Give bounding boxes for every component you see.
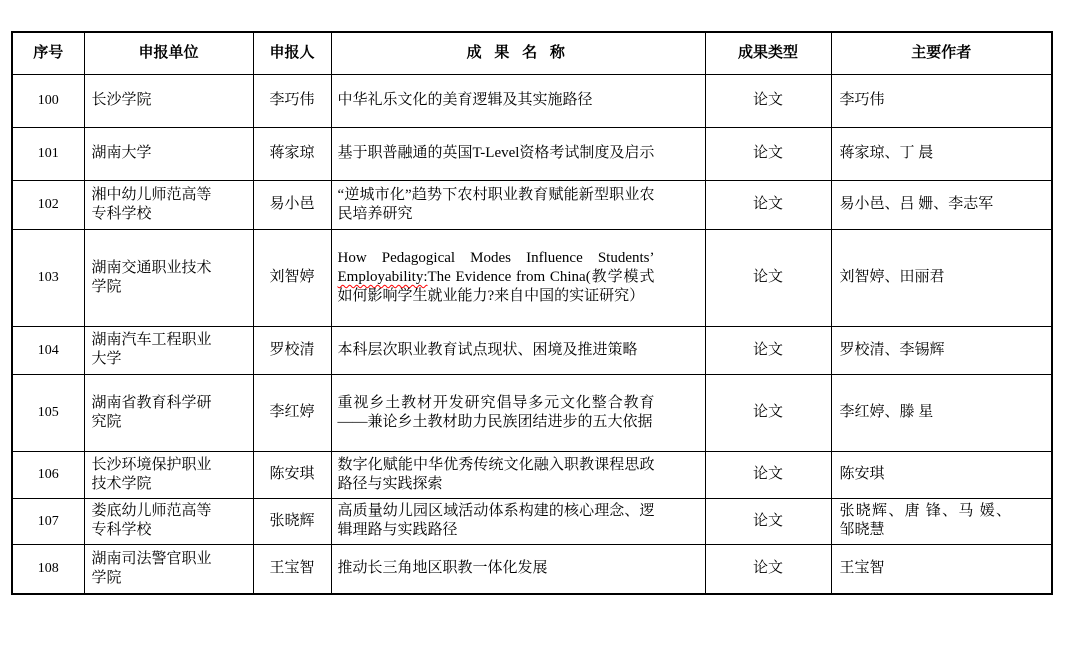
cell-name: 推动长三角地区职教一体化发展 <box>331 544 705 594</box>
cell-applicant: 陈安琪 <box>253 451 331 498</box>
cell-name: 数字化赋能中华优秀传统文化融入职教课程思政路径与实践探索 <box>331 451 705 498</box>
cell-no: 106 <box>12 451 84 498</box>
header-row: 序号 申报单位 申报人 成 果 名 称 成果类型 主要作者 <box>12 32 1052 74</box>
cell-authors: 李巧伟 <box>831 74 1052 127</box>
cell-no: 100 <box>12 74 84 127</box>
cell-name: 基于职普融通的英国T-Level资格考试制度及启示 <box>331 127 705 180</box>
table-row: 108湖南司法警官职业学院王宝智推动长三角地区职教一体化发展论文王宝智 <box>12 544 1052 594</box>
cell-unit: 湖南交通职业技术学院 <box>84 229 253 326</box>
column-header-type: 成果类型 <box>705 32 831 74</box>
cell-no: 105 <box>12 374 84 451</box>
cell-no: 104 <box>12 326 84 374</box>
results-table: 序号 申报单位 申报人 成 果 名 称 成果类型 主要作者 100长沙学院李巧伟… <box>11 31 1053 595</box>
column-header-name: 成 果 名 称 <box>331 32 705 74</box>
cell-unit: 湖南大学 <box>84 127 253 180</box>
cell-unit: 湘中幼儿师范高等专科学校 <box>84 180 253 229</box>
document-page: 序号 申报单位 申报人 成 果 名 称 成果类型 主要作者 100长沙学院李巧伟… <box>0 0 1065 653</box>
column-header-no: 序号 <box>12 32 84 74</box>
cell-no: 108 <box>12 544 84 594</box>
cell-authors: 易小邑、吕 姗、李志军 <box>831 180 1052 229</box>
cell-name: 高质量幼儿园区域活动体系构建的核心理念、逻辑理路与实践路径 <box>331 498 705 544</box>
cell-unit: 长沙环境保护职业技术学院 <box>84 451 253 498</box>
column-header-authors: 主要作者 <box>831 32 1052 74</box>
cell-authors: 蒋家琼、丁 晨 <box>831 127 1052 180</box>
cell-unit: 湖南司法警官职业学院 <box>84 544 253 594</box>
table-header: 序号 申报单位 申报人 成 果 名 称 成果类型 主要作者 <box>12 32 1052 74</box>
spellcheck-underline: Employability: <box>338 269 428 285</box>
cell-no: 103 <box>12 229 84 326</box>
cell-authors: 李红婷、滕 星 <box>831 374 1052 451</box>
table-row: 105湖南省教育科学研究院李红婷重视乡土教材开发研究倡导多元文化整合教育——兼论… <box>12 374 1052 451</box>
cell-applicant: 蒋家琼 <box>253 127 331 180</box>
cell-authors: 刘智婷、田丽君 <box>831 229 1052 326</box>
cell-type: 论文 <box>705 127 831 180</box>
cell-no: 107 <box>12 498 84 544</box>
cell-authors: 王宝智 <box>831 544 1052 594</box>
cell-no: 102 <box>12 180 84 229</box>
cell-name: 本科层次职业教育试点现状、困境及推进策略 <box>331 326 705 374</box>
cell-authors: 罗校清、李锡辉 <box>831 326 1052 374</box>
cell-type: 论文 <box>705 544 831 594</box>
cell-applicant: 李红婷 <box>253 374 331 451</box>
cell-applicant: 王宝智 <box>253 544 331 594</box>
column-header-applicant: 申报人 <box>253 32 331 74</box>
cell-type: 论文 <box>705 229 831 326</box>
cell-name: 重视乡土教材开发研究倡导多元文化整合教育——兼论乡土教材助力民族团结进步的五大依… <box>331 374 705 451</box>
cell-type: 论文 <box>705 451 831 498</box>
table-row: 102湘中幼儿师范高等专科学校易小邑“逆城市化”趋势下农村职业教育赋能新型职业农… <box>12 180 1052 229</box>
cell-type: 论文 <box>705 74 831 127</box>
cell-applicant: 罗校清 <box>253 326 331 374</box>
cell-applicant: 易小邑 <box>253 180 331 229</box>
cell-authors: 张晓辉、唐 锋、马 媛、邹晓慧 <box>831 498 1052 544</box>
table-row: 104湖南汽车工程职业大学罗校清本科层次职业教育试点现状、困境及推进策略论文罗校… <box>12 326 1052 374</box>
cell-unit: 娄底幼儿师范高等专科学校 <box>84 498 253 544</box>
cell-type: 论文 <box>705 498 831 544</box>
cell-name: 中华礼乐文化的美育逻辑及其实施路径 <box>331 74 705 127</box>
table-row: 103湖南交通职业技术学院刘智婷How Pedagogical Modes In… <box>12 229 1052 326</box>
cell-no: 101 <box>12 127 84 180</box>
cell-type: 论文 <box>705 374 831 451</box>
table-body: 100长沙学院李巧伟中华礼乐文化的美育逻辑及其实施路径论文李巧伟101湖南大学蒋… <box>12 74 1052 594</box>
cell-type: 论文 <box>705 180 831 229</box>
cell-name: “逆城市化”趋势下农村职业教育赋能新型职业农民培养研究 <box>331 180 705 229</box>
cell-unit: 湖南省教育科学研究院 <box>84 374 253 451</box>
cell-type: 论文 <box>705 326 831 374</box>
column-header-unit: 申报单位 <box>84 32 253 74</box>
cell-applicant: 刘智婷 <box>253 229 331 326</box>
cell-applicant: 李巧伟 <box>253 74 331 127</box>
cell-applicant: 张晓辉 <box>253 498 331 544</box>
cell-unit: 湖南汽车工程职业大学 <box>84 326 253 374</box>
table-row: 100长沙学院李巧伟中华礼乐文化的美育逻辑及其实施路径论文李巧伟 <box>12 74 1052 127</box>
table-row: 107娄底幼儿师范高等专科学校张晓辉高质量幼儿园区域活动体系构建的核心理念、逻辑… <box>12 498 1052 544</box>
cell-name: How Pedagogical Modes Influence Students… <box>331 229 705 326</box>
table-row: 101湖南大学蒋家琼基于职普融通的英国T-Level资格考试制度及启示论文蒋家琼… <box>12 127 1052 180</box>
table-row: 106长沙环境保护职业技术学院陈安琪数字化赋能中华优秀传统文化融入职教课程思政路… <box>12 451 1052 498</box>
cell-unit: 长沙学院 <box>84 74 253 127</box>
cell-authors: 陈安琪 <box>831 451 1052 498</box>
